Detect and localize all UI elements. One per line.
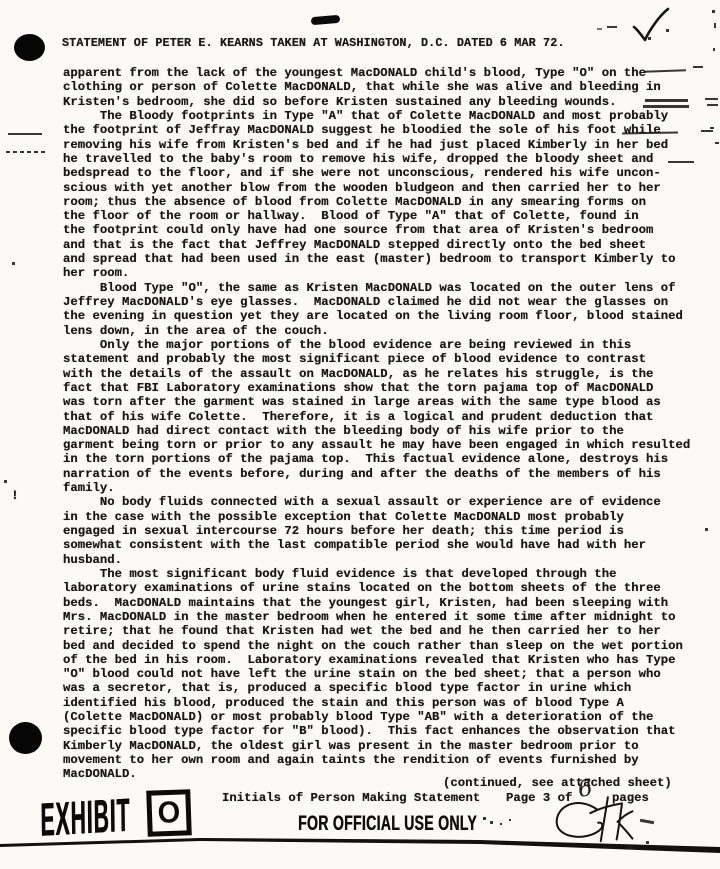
document-title: STATEMENT OF PETER E. KEARNS TAKEN AT WA… <box>62 36 565 50</box>
initials-of-person-label: Initials of Person Making Statement <box>222 791 480 805</box>
body-paragraph: Only the major portions of the blood evi… <box>63 338 690 495</box>
scan-mark <box>666 29 669 32</box>
scan-mark <box>4 480 7 483</box>
body-paragraph: No body fluids connected with a sexual a… <box>63 495 690 567</box>
scan-mark <box>705 528 708 531</box>
hole-punch-mark <box>9 722 42 754</box>
page-edge-line <box>0 830 720 860</box>
body-paragraph: The most significant body fluid evidence… <box>63 567 690 782</box>
scan-mark <box>705 98 718 100</box>
scan-mark <box>483 817 486 820</box>
exhibit-letter: O <box>157 797 181 828</box>
scan-mark <box>710 127 714 129</box>
scan-mark <box>640 819 654 824</box>
scanned-document-page: STATEMENT OF PETER E. KEARNS TAKEN AT WA… <box>0 0 720 869</box>
scan-mark <box>714 23 716 28</box>
continued-note: (continued, see attached sheet) <box>443 776 672 790</box>
body-paragraph: apparent from the lack of the youngest M… <box>63 66 690 109</box>
scan-mark <box>500 823 502 825</box>
scan-mark <box>648 37 651 40</box>
strikeover-mark <box>645 99 688 102</box>
scan-mark <box>490 821 493 824</box>
scan-mark <box>509 819 511 821</box>
strikeover-mark <box>643 105 689 108</box>
scan-mark <box>712 10 715 13</box>
scan-mark <box>701 130 713 132</box>
body-paragraph: The Bloody footprints in Type "A" that o… <box>63 109 690 281</box>
margin-exclamation-mark: ! <box>11 488 19 503</box>
scan-mark <box>628 846 633 849</box>
hole-punch-mark <box>14 34 45 61</box>
scan-mark <box>715 142 719 144</box>
scan-mark <box>607 26 617 28</box>
body-text: apparent from the lack of the youngest M… <box>63 66 690 782</box>
scan-mark <box>668 161 694 163</box>
margin-dash-mark <box>6 151 48 153</box>
checkmark-annotation-icon <box>628 6 672 46</box>
scan-mark <box>646 841 649 844</box>
scan-mark <box>713 48 715 51</box>
body-paragraph: Blood Type "O", the same as Kristen MacD… <box>63 281 690 338</box>
margin-dash-mark <box>8 133 42 135</box>
scan-mark <box>597 28 602 30</box>
scan-mark <box>12 262 15 265</box>
scan-mark <box>693 66 703 68</box>
scan-mark <box>707 104 718 106</box>
scan-smudge <box>311 15 341 25</box>
